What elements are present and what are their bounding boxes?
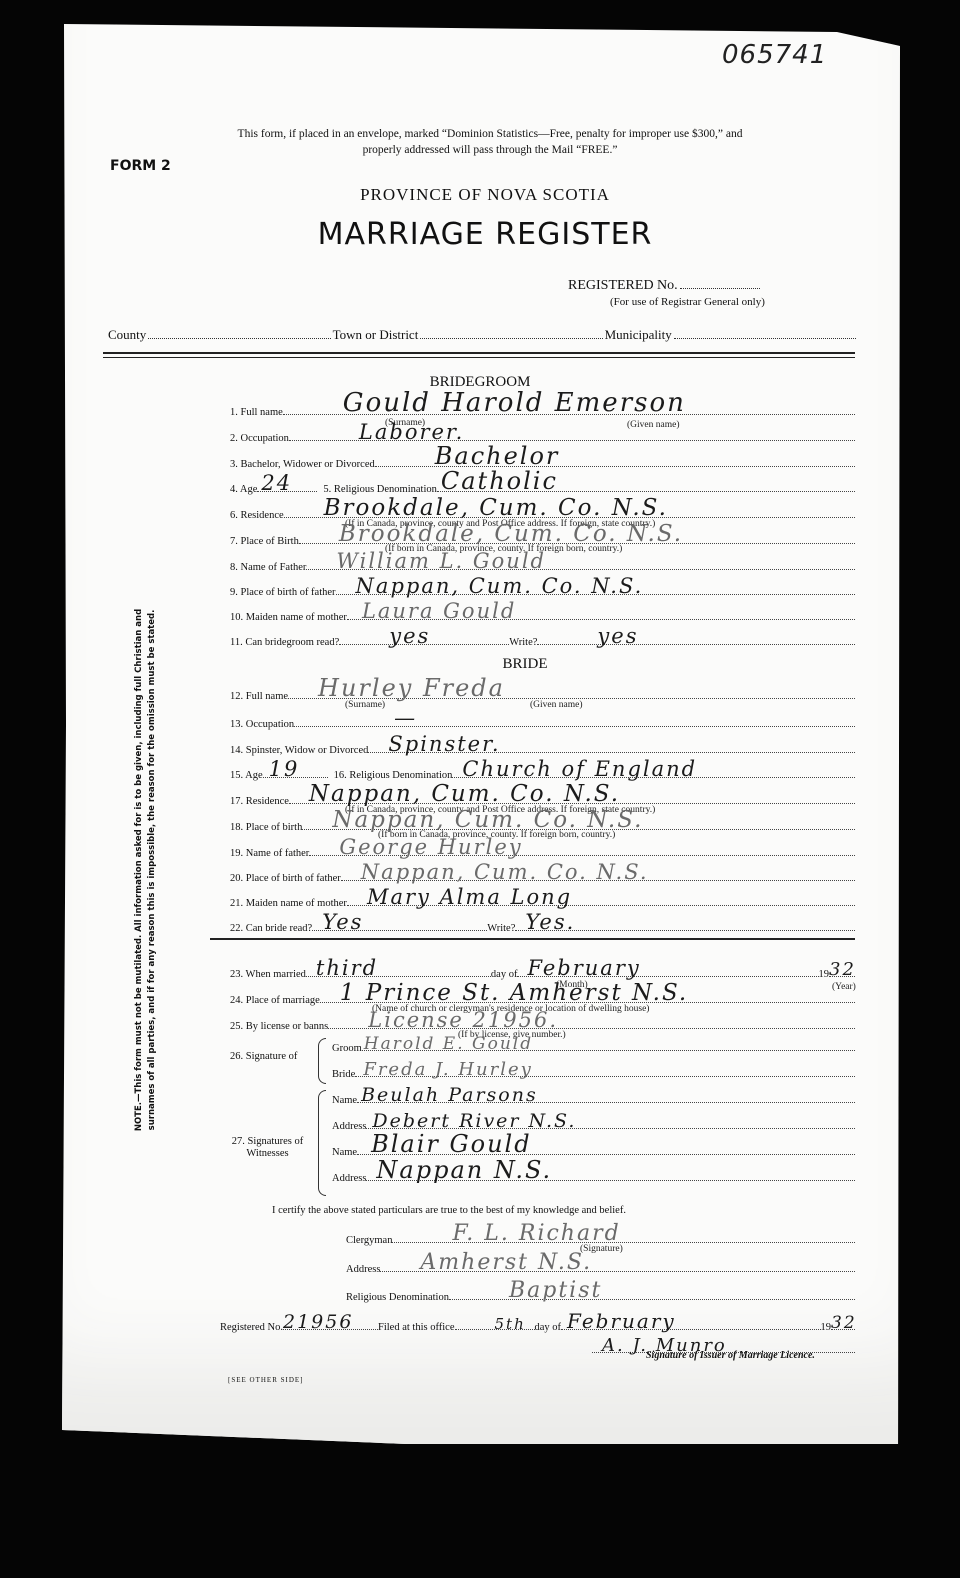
- field-label: 6. Residence: [230, 510, 284, 521]
- certification-statement: I certify the above stated particulars a…: [272, 1205, 626, 1216]
- filing-row: Registered No. 21956 Filed at this offic…: [220, 1313, 855, 1333]
- clergyman-signature-field: F. L. Richard: [392, 1228, 855, 1243]
- field-label: 12. Full name: [230, 691, 288, 702]
- field-label: Address: [332, 1121, 366, 1132]
- place-of-marriage-field: 1 Prince St. Amherst N.S.: [320, 988, 855, 1003]
- handwritten-value: Amherst N.S.: [420, 1250, 592, 1275]
- location-row: County Town or District Municipality: [108, 327, 858, 343]
- handwritten-value: 24: [261, 471, 292, 495]
- groom-write-field: yes: [537, 630, 855, 645]
- witness2-address-row: Address Nappan N.S.: [332, 1164, 855, 1184]
- handwritten-value: Gould Harold Emerson: [343, 388, 686, 418]
- handwritten-value: Nappan N.S.: [376, 1156, 552, 1184]
- field-label: Religious Denomination: [346, 1292, 449, 1303]
- year-prefix: 19: [819, 969, 830, 980]
- postal-notice-line1: This form, if placed in an envelope, mar…: [140, 126, 840, 142]
- field-label: 15. Age: [230, 770, 263, 781]
- field-label: 5. Religious Denomination: [323, 484, 436, 495]
- bride-write-field: Yes.: [515, 916, 855, 931]
- field-label: Bride: [332, 1069, 355, 1080]
- witness1-name-row: Name Beulah Parsons: [332, 1086, 855, 1106]
- handwritten-value: William L. Gould: [336, 549, 546, 573]
- issuer-label: Signature of Issuer of Marriage Licence.: [646, 1350, 815, 1361]
- municipality-blank: [674, 327, 856, 339]
- postal-notice: This form, if placed in an envelope, mar…: [140, 126, 840, 158]
- form-number: FORM 2: [110, 158, 171, 174]
- field-label: 14. Spinster, Widow or Divorced: [230, 745, 368, 756]
- registered-no-field: 21956: [283, 1315, 378, 1330]
- handwritten-value: Yes.: [525, 910, 575, 934]
- see-other-side-note: [SEE OTHER SIDE]: [228, 1376, 304, 1384]
- handwritten-value: Beulah Parsons: [361, 1084, 538, 1106]
- field-label: Write?: [509, 637, 537, 648]
- field-label: 4. Age: [230, 484, 257, 495]
- bride-marital-status-field: Spinster.: [368, 738, 855, 753]
- registered-no-blank: [680, 288, 760, 289]
- field-label: 19. Name of father: [230, 848, 309, 859]
- bride-father-name-row: 19. Name of father George Hurley: [230, 839, 855, 859]
- license-row: 25. By license or banns License 21956.: [230, 1012, 855, 1032]
- handwritten-value: Laura Gould: [362, 599, 516, 623]
- handwritten-value: third: [316, 956, 378, 980]
- field-label: 24. Place of marriage: [230, 995, 320, 1006]
- bride-age-field: 19: [263, 763, 328, 778]
- handwritten-value: Debert River N.S.: [372, 1110, 576, 1132]
- handwritten-value: Nappan, Cum. Co. N.S.: [361, 860, 649, 884]
- field-label: 8. Name of Father: [230, 562, 306, 573]
- field-label: 10. Maiden name of mother: [230, 612, 347, 623]
- divider-double-rule: [103, 352, 855, 358]
- clergyman-address-row: Address Amherst N.S.: [346, 1255, 855, 1275]
- bride-residence-field: Nappan, Cum. Co. N.S.: [289, 789, 855, 804]
- handwritten-value: George Hurley: [339, 835, 522, 859]
- handwritten-value: 32: [831, 1313, 857, 1333]
- groom-occupation-row: 2. Occupation Laborer.: [230, 424, 855, 444]
- bride-age-religion-row: 15. Age 19 16. Religious Denomination Ch…: [230, 761, 855, 781]
- groom-signature-row: Groom Harold E. Gould: [332, 1034, 855, 1054]
- groom-residence-row: 6. Residence Brookdale, Cum. Co. N.S.: [230, 501, 855, 521]
- field-label: Registered No.: [220, 1322, 283, 1333]
- bride-religion-field: Church of England: [452, 763, 855, 778]
- marriage-month-field: February: [517, 962, 818, 977]
- bride-mother-maiden-row: 21. Maiden name of mother Mary Alma Long: [230, 889, 855, 909]
- field-label: Name: [332, 1095, 357, 1106]
- town-label: Town or District: [333, 327, 419, 343]
- when-married-row: 23. When married third day of February 1…: [230, 960, 855, 980]
- side-note: NOTE.—This form must not be mutilated. A…: [133, 550, 159, 1190]
- field-label: 22. Can bride read?: [230, 923, 312, 934]
- field-label: 20. Place of birth of father: [230, 873, 341, 884]
- witnesses-brace: [318, 1090, 326, 1196]
- bride-read-field: Yes: [312, 916, 487, 931]
- field-label: day of: [491, 969, 518, 980]
- field-label: 9. Place of birth of father: [230, 587, 336, 598]
- groom-religion-field: Catholic: [437, 477, 855, 492]
- registered-no-note: (For use of Registrar General only): [610, 296, 765, 308]
- groom-signature-field: Harold E. Gould: [362, 1036, 855, 1051]
- handwritten-value: Church of England: [462, 757, 697, 781]
- field-label: 18. Place of birth: [230, 822, 302, 833]
- filed-year-field: 32: [831, 1315, 855, 1330]
- handwritten-value: Bachelor: [435, 442, 560, 470]
- divider-rule: [210, 938, 855, 940]
- bride-literacy-row: 22. Can bride read? Yes Write? Yes.: [230, 914, 855, 934]
- witness2-name-row: Name Blair Gould: [332, 1138, 855, 1158]
- handwritten-value: 21956: [283, 1311, 353, 1333]
- signatures-label: 26. Signature of: [230, 1051, 297, 1063]
- bride-full-name-row: 12. Full name Hurley Freda: [230, 682, 855, 702]
- province-heading: PROVINCE OF NOVA SCOTIA: [300, 185, 670, 205]
- side-note-line2: surnames of all parties, and if for any …: [146, 550, 159, 1190]
- handwritten-value: Baptist: [509, 1278, 602, 1303]
- field-label: 13. Occupation: [230, 719, 294, 730]
- handwritten-value: Blair Gould: [371, 1130, 532, 1158]
- year-prefix: 19: [821, 1322, 832, 1333]
- registered-no-field: REGISTERED No.: [568, 278, 760, 294]
- field-label: 16. Religious Denomination: [334, 770, 453, 781]
- municipality-label: Municipality: [605, 327, 672, 343]
- field-label: 1. Full name: [230, 407, 283, 418]
- bride-father-birthplace-field: Nappan, Cum. Co. N.S.: [341, 866, 855, 881]
- handwritten-value: yes: [597, 624, 638, 648]
- handwritten-value: F. L. Richard: [452, 1221, 620, 1246]
- groom-birthplace-field: Brookdale, Cum. Co. N.S.: [299, 529, 855, 544]
- clergyman-denomination-row: Religious Denomination Baptist: [346, 1283, 855, 1303]
- groom-residence-field: Brookdale, Cum. Co. N.S.: [284, 503, 855, 518]
- groom-marital-status-field: Bachelor: [375, 452, 855, 467]
- witness1-address-row: Address Debert River N.S.: [332, 1112, 855, 1132]
- groom-occupation-field: Laborer.: [289, 426, 855, 441]
- bride-signature-field: Freda J. Hurley: [355, 1062, 855, 1077]
- field-label: 25. By license or banns: [230, 1021, 328, 1032]
- field-label: Name: [332, 1147, 357, 1158]
- handwritten-value: Hurley Freda: [318, 674, 505, 702]
- bride-heading: BRIDE: [425, 656, 625, 673]
- groom-full-name-row: 1. Full name Gould Harold Emerson: [230, 398, 855, 418]
- marriage-day-field: third: [306, 962, 491, 977]
- bride-father-name-field: George Hurley: [309, 841, 855, 856]
- registered-no-label: REGISTERED No.: [568, 278, 678, 293]
- bride-occupation-field: —: [294, 712, 855, 727]
- clergyman-address-field: Amherst N.S.: [380, 1257, 855, 1272]
- field-label: 2. Occupation: [230, 433, 289, 444]
- witness1-name-field: Beulah Parsons: [357, 1088, 855, 1103]
- groom-literacy-row: 11. Can bridegroom read? yes Write? yes: [230, 628, 855, 648]
- handwritten-value: February: [567, 1309, 676, 1333]
- handwritten-value: February: [527, 956, 640, 980]
- handwritten-value: Nappan, Cum. Co. N.S.: [309, 781, 620, 807]
- field-label: 11. Can bridegroom read?: [230, 637, 339, 648]
- groom-father-birthplace-field: Nappan, Cum. Co. N.S.: [336, 580, 855, 595]
- serial-number: 065741: [722, 40, 827, 70]
- groom-read-field: yes: [339, 630, 509, 645]
- county-label: County: [108, 327, 146, 343]
- handwritten-value: —: [394, 706, 417, 730]
- handwritten-value: yes: [389, 624, 430, 648]
- groom-father-birthplace-row: 9. Place of birth of father Nappan, Cum.…: [230, 578, 855, 598]
- postal-notice-line2: properly addressed will pass through the…: [140, 142, 840, 158]
- groom-father-name-row: 8. Name of Father William L. Gould: [230, 553, 855, 573]
- field-label: Filed at this office: [378, 1322, 455, 1333]
- handwritten-value: License 21956.: [368, 1008, 558, 1032]
- field-label: Clergyman: [346, 1235, 392, 1246]
- bride-residence-row: 17. Residence Nappan, Cum. Co. N.S.: [230, 787, 855, 807]
- field-label: Address: [332, 1173, 366, 1184]
- bride-father-birthplace-row: 20. Place of birth of father Nappan, Cum…: [230, 864, 855, 884]
- witness1-address-field: Debert River N.S.: [366, 1114, 855, 1129]
- handwritten-value: 19: [269, 757, 300, 781]
- bride-birthplace-field: Nappan, Cum. Co. N.S.: [302, 815, 855, 830]
- filed-month-field: February: [561, 1315, 820, 1330]
- bride-mother-maiden-field: Mary Alma Long: [347, 891, 855, 906]
- handwritten-value: Mary Alma Long: [367, 885, 572, 909]
- groom-full-name-field: Gould Harold Emerson: [283, 400, 855, 415]
- field-label: day of: [535, 1322, 562, 1333]
- bride-signature-row: Bride Freda J. Hurley: [332, 1060, 855, 1080]
- given-name-hint: (Given name): [530, 700, 583, 710]
- filed-day-field: 5th: [455, 1315, 535, 1330]
- field-label: 17. Residence: [230, 796, 289, 807]
- handwritten-value: Yes: [322, 910, 363, 934]
- field-label: 7. Place of Birth: [230, 536, 299, 547]
- handwritten-value: Harold E. Gould: [364, 1034, 533, 1054]
- groom-age-religion-row: 4. Age 24 5. Religious Denomination Cath…: [230, 475, 855, 495]
- bride-occupation-row: 13. Occupation —: [230, 710, 855, 730]
- clergyman-row: Clergyman F. L. Richard: [346, 1226, 855, 1246]
- witness2-name-field: Blair Gould: [357, 1140, 855, 1155]
- handwritten-value: Brookdale, Cum. Co. N.S.: [324, 495, 668, 521]
- handwritten-value: 5th: [495, 1315, 526, 1333]
- handwritten-value: Laborer.: [359, 420, 464, 444]
- groom-mother-maiden-field: Laura Gould: [347, 605, 855, 620]
- groom-mother-maiden-row: 10. Maiden name of mother Laura Gould: [230, 603, 855, 623]
- clergyman-denomination-field: Baptist: [449, 1285, 855, 1300]
- witness2-address-field: Nappan N.S.: [366, 1166, 855, 1181]
- groom-father-name-field: William L. Gould: [306, 555, 855, 570]
- bride-full-name-field: Hurley Freda: [288, 684, 855, 699]
- place-of-marriage-row: 24. Place of marriage 1 Prince St. Amher…: [230, 986, 855, 1006]
- side-note-line1: NOTE.—This form must not be mutilated. A…: [133, 550, 146, 1190]
- bride-marital-status-row: 14. Spinster, Widow or Divorced Spinster…: [230, 736, 855, 756]
- license-field: License 21956.: [328, 1014, 855, 1029]
- field-label: 21. Maiden name of mother: [230, 898, 347, 909]
- groom-age-field: 24: [257, 477, 317, 492]
- page-title: MARRIAGE REGISTER: [200, 217, 770, 252]
- handwritten-value: 1 Prince St. Amherst N.S.: [340, 980, 688, 1006]
- field-label: 3. Bachelor, Widower or Divorced: [230, 459, 375, 470]
- handwritten-value: Freda J. Hurley: [363, 1059, 532, 1080]
- county-blank: [148, 327, 330, 339]
- handwritten-value: 32: [829, 959, 856, 980]
- town-blank: [420, 327, 602, 339]
- field-label: Write?: [487, 923, 515, 934]
- field-label: 23. When married: [230, 969, 306, 980]
- handwritten-value: Spinster.: [388, 732, 500, 756]
- handwritten-value: Nappan, Cum. Co. N.S.: [356, 574, 644, 598]
- signature-brace: [318, 1038, 326, 1084]
- field-label: Address: [346, 1264, 380, 1275]
- field-label: Groom: [332, 1043, 362, 1054]
- marriage-year-field: 32: [829, 962, 855, 977]
- witnesses-label: 27. Signatures of Witnesses: [225, 1136, 310, 1160]
- surname-hint: (Surname): [345, 700, 385, 710]
- handwritten-value: Catholic: [441, 467, 558, 495]
